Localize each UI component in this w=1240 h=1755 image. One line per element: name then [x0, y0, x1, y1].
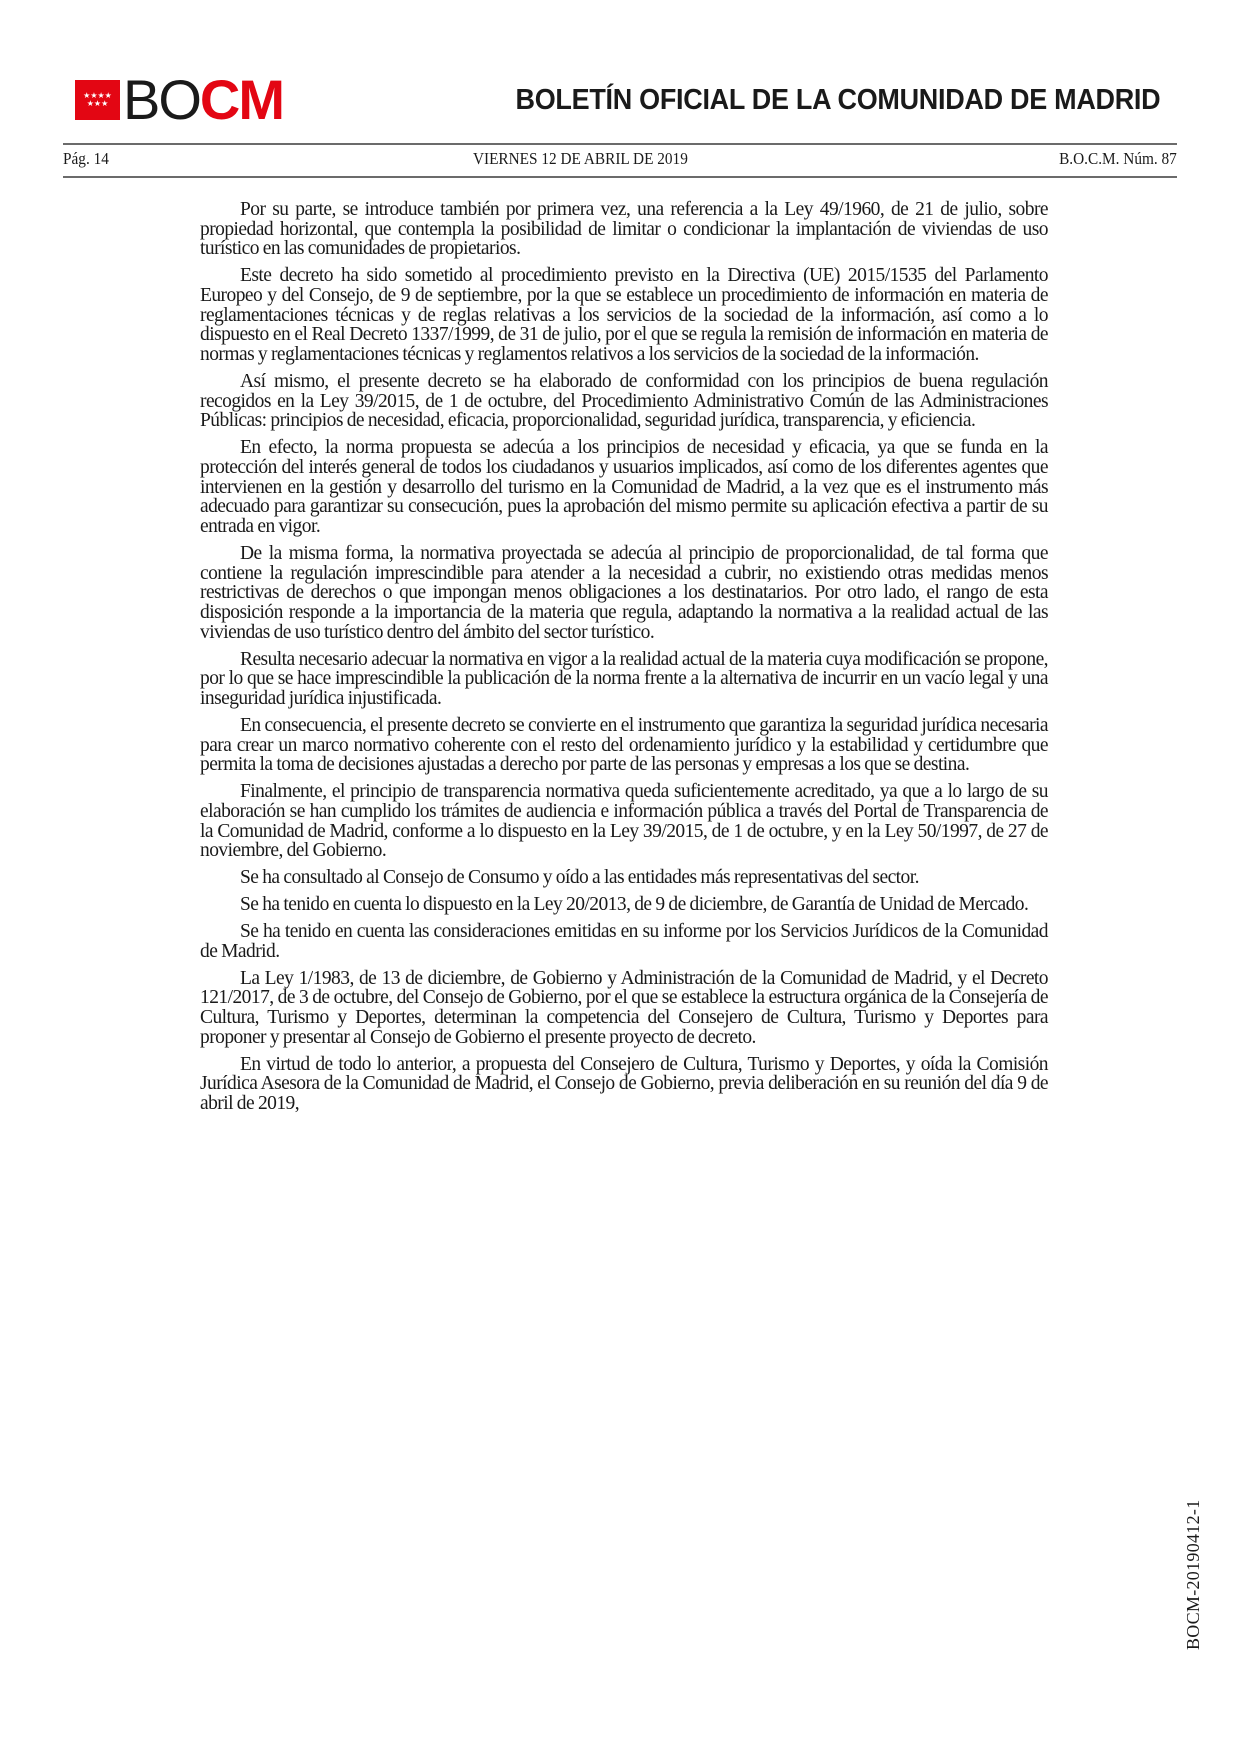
- paragraph: Finalmente, el principio de transparenci…: [200, 782, 1048, 861]
- paragraph: Así mismo, el presente decreto se ha ela…: [200, 372, 1048, 431]
- logo-text-bo: BO: [123, 68, 200, 131]
- madrid-flag-icon: ★★★★ ★★★: [75, 80, 120, 120]
- publication-title: BOLETÍN OFICIAL DE LA COMUNIDAD DE MADRI…: [515, 84, 1160, 117]
- issue-number: B.O.C.M. Núm. 87: [1059, 149, 1177, 169]
- stars-bottom-row: ★★★: [87, 100, 109, 108]
- header-meta-line: Pág. 14 VIERNES 12 DE ABRIL DE 2019 B.O.…: [63, 149, 1177, 169]
- logo-text-cm: CM: [200, 68, 283, 131]
- logo-wordmark: BOCM: [123, 78, 283, 122]
- paragraph: En consecuencia, el presente decreto se …: [200, 716, 1048, 775]
- publication-date: VIERNES 12 DE ABRIL DE 2019: [473, 149, 688, 169]
- bocm-logo: ★★★★ ★★★ BOCM: [75, 78, 283, 122]
- header-rule-top: [63, 143, 1177, 145]
- paragraph: De la misma forma, la normativa proyecta…: [200, 544, 1048, 643]
- header-rule-bottom: [63, 176, 1177, 178]
- paragraph: Se ha tenido en cuenta las consideracion…: [200, 922, 1048, 961]
- paragraph: Se ha consultado al Consejo de Consumo y…: [200, 868, 1048, 888]
- paragraph: En efecto, la norma propuesta se adecúa …: [200, 438, 1048, 537]
- paragraph: Este decreto ha sido sometido al procedi…: [200, 266, 1048, 365]
- paragraph: Se ha tenido en cuenta lo dispuesto en l…: [200, 895, 1048, 915]
- document-body: Por su parte, se introduce también por p…: [200, 200, 1048, 1121]
- paragraph: En virtud de todo lo anterior, a propues…: [200, 1055, 1048, 1114]
- page-number: Pág. 14: [63, 149, 109, 169]
- document-id-vertical: BOCM-20190412-1: [1183, 1499, 1204, 1650]
- paragraph: La Ley 1/1983, de 13 de diciembre, de Go…: [200, 969, 1048, 1048]
- paragraph: Resulta necesario adecuar la normativa e…: [200, 650, 1048, 709]
- paragraph: Por su parte, se introduce también por p…: [200, 200, 1048, 259]
